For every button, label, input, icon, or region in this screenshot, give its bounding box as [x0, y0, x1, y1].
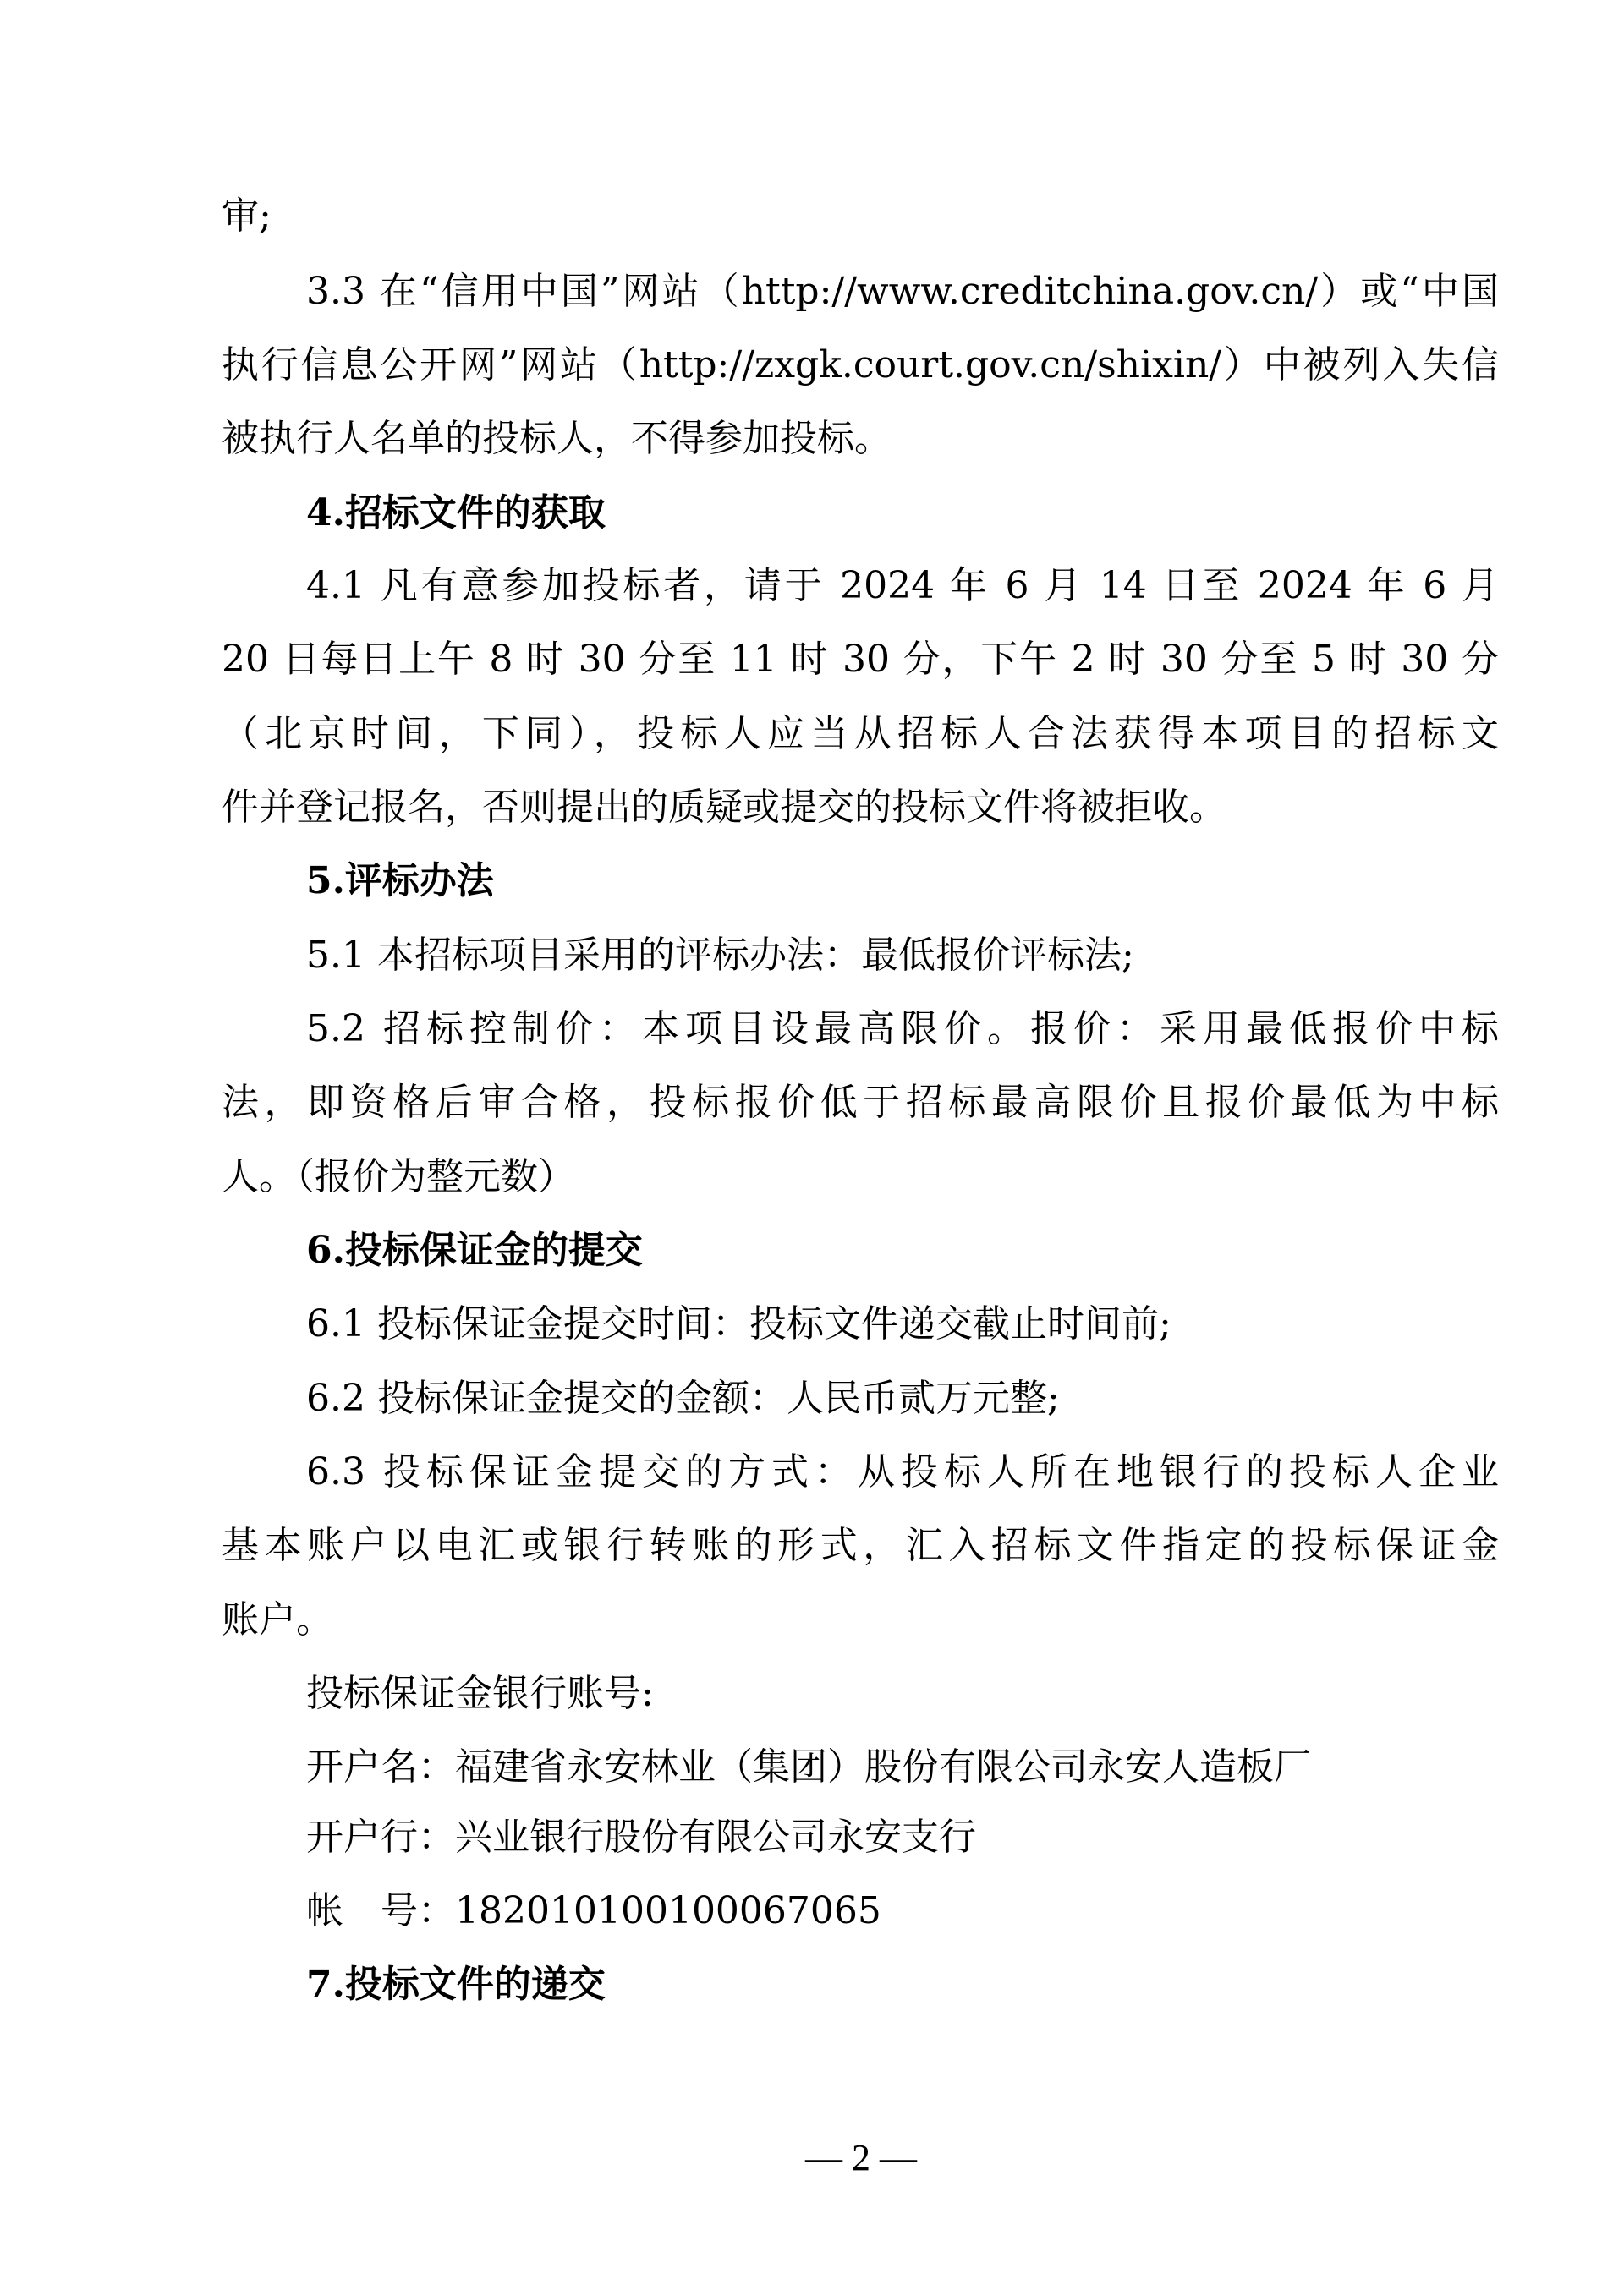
section-heading-4: 4.招标文件的获取 [306, 488, 1499, 539]
section-heading-7: 7.投标文件的递交 [306, 1959, 1499, 2010]
account-number: 帐 号：182010100100067065 [306, 1886, 1499, 1937]
account-name: 开户名：福建省永安林业（集团）股份有限公司永安人造板厂 [306, 1742, 1499, 1793]
clause-5-1: 5.1 本招标项目采用的评标办法：最低报价评标法; [306, 930, 1499, 981]
text-line: 法，即资格后审合格，投标报价低于招标最高限价且报价最低为中标 [222, 1077, 1499, 1128]
page-number: — 2 — [0, 2133, 1624, 2184]
section-heading-5: 5.评标办法 [306, 856, 1499, 907]
clause-6-1: 6.1 投标保证金提交时间：投标文件递交截止时间前; [306, 1299, 1499, 1350]
clause-6-2: 6.2 投标保证金提交的金额：人民币贰万元整; [306, 1373, 1499, 1424]
bank-name: 开户行：兴业银行股份有限公司永安支行 [306, 1812, 1499, 1863]
text-line: 基本账户以电汇或银行转账的形式，汇入招标文件指定的投标保证金 [222, 1521, 1499, 1571]
text-line: （北京时间，下同），投标人应当从招标人合法获得本项目的招标文 [222, 709, 1499, 759]
document-page: 审; 3.3 在“信用中国”网站（http://www.creditchina.… [0, 0, 1624, 2296]
text-line: 账户。 [222, 1595, 1499, 1646]
text-line: 人。（报价为整元数） [222, 1152, 1499, 1203]
clause-4-1: 4.1 凡有意参加投标者，请于 2024 年 6 月 14 日至 2024 年 … [306, 561, 1499, 611]
clause-5-2: 5.2 招标控制价：本项目设最高限价。报价：采用最低报价中标 [306, 1004, 1499, 1055]
section-heading-6: 6.投标保证金的提交 [306, 1225, 1499, 1276]
text-line-continuation: 审; [222, 191, 1499, 242]
text-line: 被执行人名单的投标人，不得参加投标。 [222, 414, 1499, 464]
text-line: 20 日每日上午 8 时 30 分至 11 时 30 分，下午 2 时 30 分… [222, 634, 1499, 685]
clause-6-3: 6.3 投标保证金提交的方式：从投标人所在地银行的投标人企业 [306, 1447, 1499, 1498]
text-line: 执行信息公开网”网站（http://zxgk.court.gov.cn/shix… [222, 340, 1499, 391]
clause-3-3: 3.3 在“信用中国”网站（http://www.creditchina.gov… [306, 266, 1499, 317]
bank-account-label: 投标保证金银行账号: [306, 1669, 1499, 1719]
text-line: 件并登记报名，否则提出的质疑或提交的投标文件将被拒收。 [222, 782, 1499, 833]
